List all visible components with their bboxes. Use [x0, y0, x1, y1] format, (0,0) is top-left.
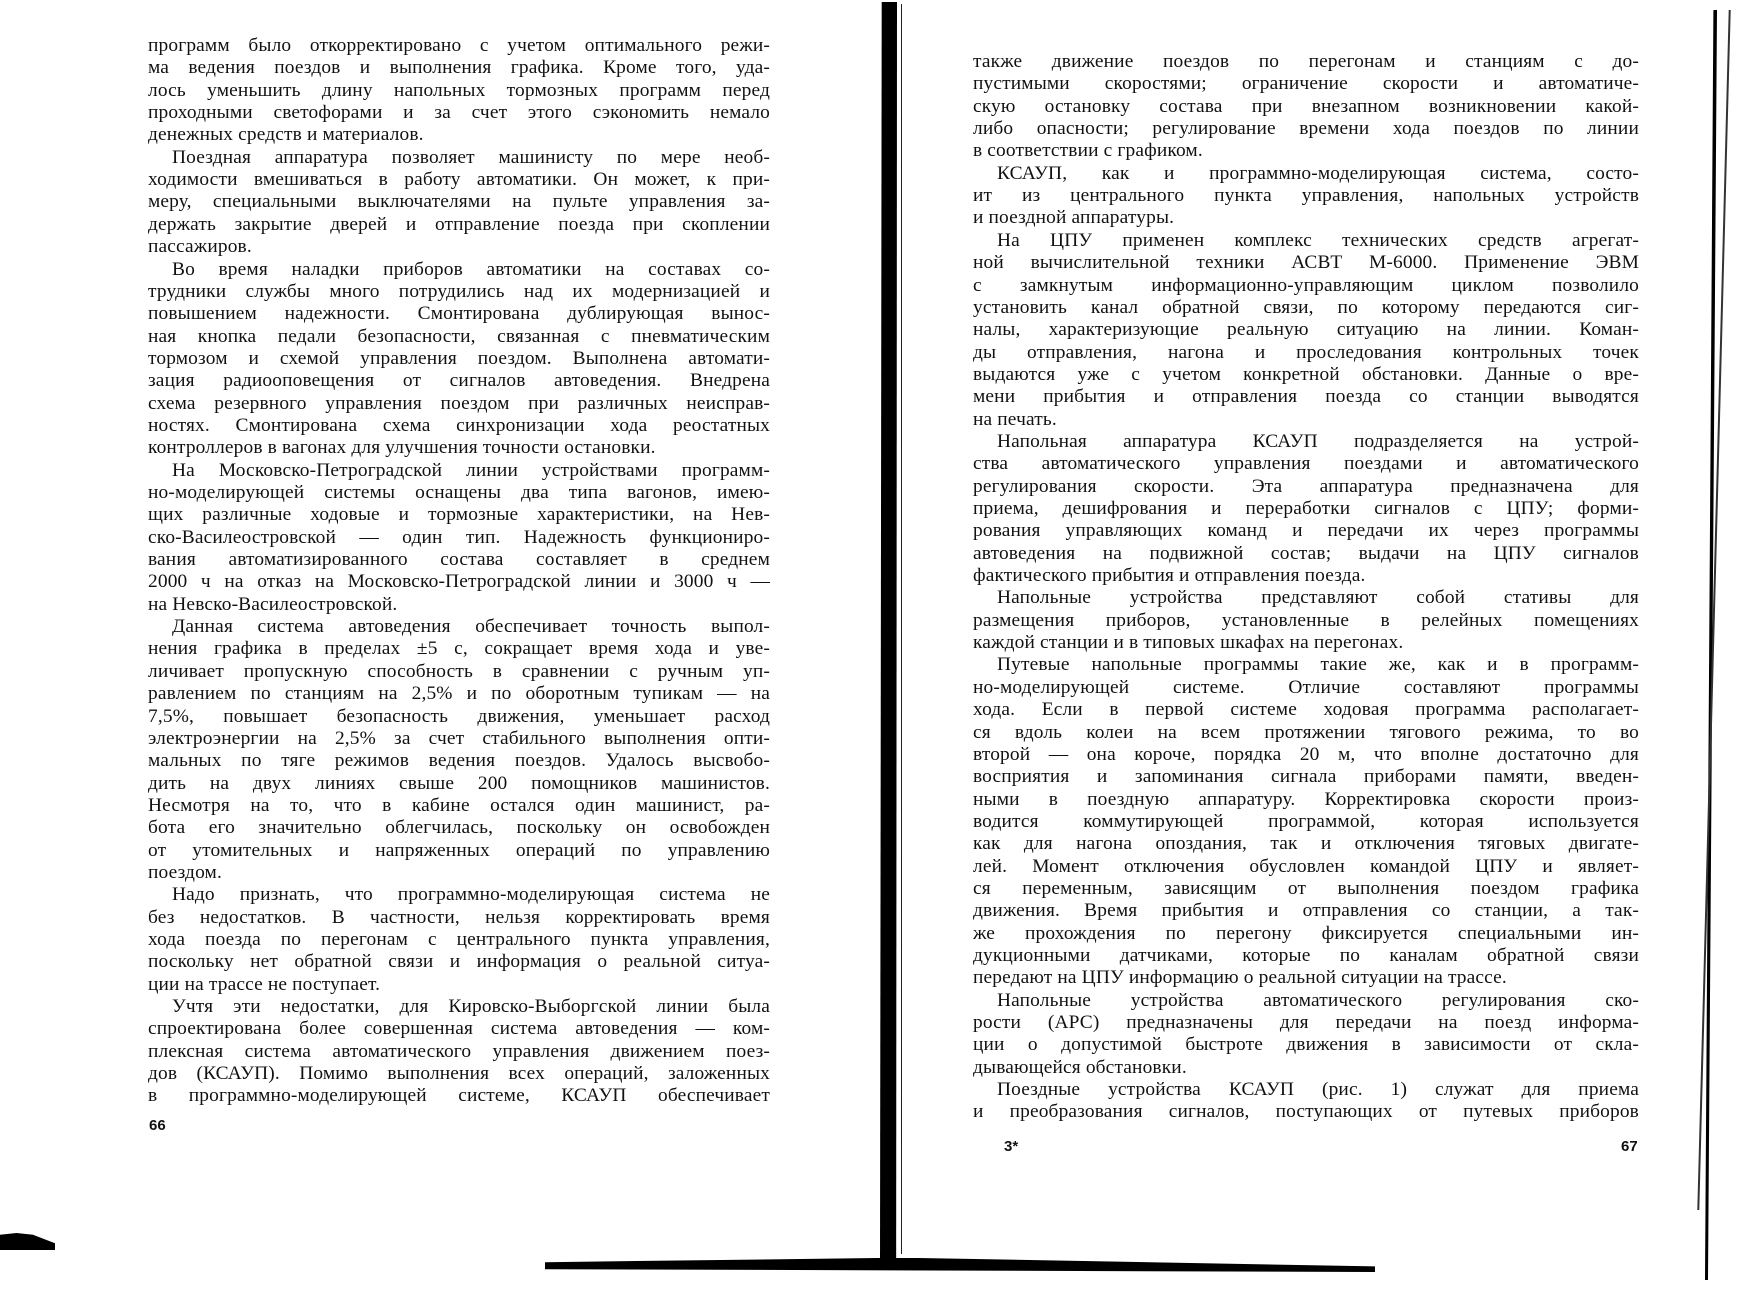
text-line: без недостатков. В частности, нельзя кор…	[148, 908, 770, 928]
book-gutter-shadow	[880, 2, 897, 1264]
text-line: второй — она короче, порядка 20 м, что в…	[973, 745, 1639, 765]
left-page-number: 66	[149, 1117, 166, 1134]
text-line: На ЦПУ применен комплекс технических сре…	[973, 231, 1639, 251]
text-line: рования управляющих команд и передачи их…	[973, 521, 1639, 541]
text-line: программ было откорректировано с учетом …	[148, 36, 770, 56]
text-line: ся переменным, зависящим от выполнения п…	[973, 879, 1639, 899]
text-line: ся вдоль колеи на всем протяжении тягово…	[973, 723, 1639, 743]
text-line: автоведения на подвижной состав; выдачи …	[973, 544, 1639, 564]
text-line: от утомительных и напряженных операций п…	[148, 841, 770, 861]
text-line: выдаются уже с учетом конкретной обстано…	[973, 365, 1639, 385]
text-line: Во время наладки приборов автоматики на …	[148, 260, 770, 280]
text-line: плексная система автоматического управле…	[148, 1042, 770, 1062]
text-line: проходными светофорами и за счет этого с…	[148, 103, 770, 123]
text-line: в соответствии с графиком.	[973, 141, 1639, 161]
text-line: Поездная аппаратура позволяет машинисту …	[148, 148, 770, 168]
text-line: пассажиров.	[148, 237, 770, 257]
text-line: Напольные устройства автоматического рег…	[973, 991, 1639, 1011]
text-line: щих различные ходовые и тормозные характ…	[148, 505, 770, 525]
signature-mark: 3*	[1004, 1138, 1018, 1155]
text-line: ции о допустимой быстроте движения в зав…	[973, 1035, 1639, 1055]
text-line: Путевые напольные программы такие же, ка…	[973, 655, 1639, 675]
text-line: поскольку нет обратной связи и информаци…	[148, 952, 770, 972]
text-line: в программно-моделирующей системе, КСАУП…	[148, 1086, 770, 1106]
text-line: передают на ЦПУ информацию о реальной си…	[973, 968, 1639, 988]
text-line: поездом.	[148, 863, 770, 883]
text-line: спроектирована более совершенная система…	[148, 1019, 770, 1039]
text-line: денежных средств и материалов.	[148, 125, 770, 145]
text-line: нения графика в пределах ±5 с, сокращает…	[148, 639, 770, 659]
text-line: мени прибытия и отправления поезда со ст…	[973, 387, 1639, 407]
text-line: же прохождения по перегону фиксируется с…	[973, 924, 1639, 944]
text-line: также движение поездов по перегонам и ст…	[973, 52, 1639, 72]
text-line: Напольная аппаратура КСАУП подразделяетс…	[973, 432, 1639, 452]
text-line: ностях. Смонтирована схема синхронизации…	[148, 416, 770, 436]
text-line: дить на двух линиях свыше 200 помощников…	[148, 774, 770, 794]
text-line: равлением по станциям на 2,5% и по оборо…	[148, 684, 770, 704]
text-line: Надо признать, что программно-моделирующ…	[148, 885, 770, 905]
text-line: трудники службы много потрудились над их…	[148, 282, 770, 302]
scan-right-edge	[1705, 10, 1717, 1280]
text-line: но-моделирующей системе. Отличие составл…	[973, 678, 1639, 698]
text-line: пустимыми скоростями; ограничение скорос…	[973, 74, 1639, 94]
text-line: рости (АРС) предназначены для передачи н…	[973, 1013, 1639, 1033]
text-line: дов (КСАУП). Помимо выполнения всех опер…	[148, 1064, 770, 1084]
text-line: бота его значительно облегчилась, поскол…	[148, 818, 770, 838]
text-line: хода поезда по перегонам с центрального …	[148, 930, 770, 950]
text-line: ходимости вмешиваться в работу автоматик…	[148, 170, 770, 190]
text-line: ной вычислительной техники АСВТ М-6000. …	[973, 253, 1639, 273]
book-gutter-line	[901, 4, 902, 1254]
text-line: тормозом и схемой управления поездом. Вы…	[148, 349, 770, 369]
text-line: ными в поездную аппаратуру. Корректировк…	[973, 790, 1639, 810]
text-line: повышением надежности. Смонтирована дубл…	[148, 304, 770, 324]
text-line: регулирования скорости. Эта аппаратура п…	[973, 477, 1639, 497]
right-page-number: 67	[1621, 1138, 1638, 1155]
text-line: дывающейся обстановки.	[973, 1058, 1639, 1078]
text-line: либо опасности; регулирование времени хо…	[973, 119, 1639, 139]
text-line: приема, дешифрования и переработки сигна…	[973, 499, 1639, 519]
text-line: 7,5%, повышает безопасность движения, ум…	[148, 707, 770, 727]
text-line: КСАУП, как и программно-моделирующая сис…	[973, 164, 1639, 184]
text-line: размещения приборов, установленные в рел…	[973, 611, 1639, 631]
text-line: На Московско-Петроградской линии устройс…	[148, 461, 770, 481]
text-line: ства автоматического управления поездами…	[973, 454, 1639, 474]
text-line: на печать.	[973, 410, 1639, 430]
text-line: фактического прибытия и отправления поез…	[973, 566, 1639, 586]
text-line: ит из центрального пункта управления, на…	[973, 186, 1639, 206]
text-line: Данная система автоведения обеспечивает …	[148, 617, 770, 637]
text-line: налы, характеризующие реальную ситуацию …	[973, 320, 1639, 340]
text-line: держать закрытие дверей и отправление по…	[148, 215, 770, 235]
text-line: хода. Если в первой системе ходовая прог…	[973, 700, 1639, 720]
text-line: ско-Василеостровской — один тип. Надежно…	[148, 528, 770, 548]
scan-bottom-edge	[545, 1258, 1375, 1272]
text-line: личивает пропускную способность в сравне…	[148, 662, 770, 682]
text-line: с замкнутым информационно-управляющим ци…	[973, 276, 1639, 296]
text-line: зация радиооповещения от сигналов автове…	[148, 371, 770, 391]
text-line: ма ведения поездов и выполнения графика.…	[148, 58, 770, 78]
text-line: Напольные устройства представляют собой …	[973, 588, 1639, 608]
text-line: электроэнергии на 2,5% за счет стабильно…	[148, 729, 770, 749]
text-line: схема резервного управления поездом при …	[148, 394, 770, 414]
text-line: Поездные устройства КСАУП (рис. 1) служа…	[973, 1080, 1639, 1100]
text-line: ная кнопка педали безопасности, связанна…	[148, 327, 770, 347]
text-line: движения. Время прибытия и отправления с…	[973, 901, 1639, 921]
text-line: лей. Момент отключения обусловлен команд…	[973, 857, 1639, 877]
scan-left-smudge	[0, 1233, 55, 1250]
text-line: на Невско-Василеостровской.	[148, 595, 770, 615]
text-line: меру, специальными выключателями на пуль…	[148, 192, 770, 212]
text-line: водится коммутирующей программой, котора…	[973, 812, 1639, 832]
text-line: Учтя эти недостатки, для Кировско-Выборг…	[148, 997, 770, 1017]
text-line: ции на трассе не поступает.	[148, 975, 770, 995]
text-line: дукционными датчиками, которые по канала…	[973, 946, 1639, 966]
text-line: ды отправления, нагона и проследования к…	[973, 343, 1639, 363]
text-line: каждой станции и в типовых шкафах на пер…	[973, 633, 1639, 653]
text-line: установить канал обратной связи, по кото…	[973, 298, 1639, 318]
text-line: но-моделирующей системы оснащены два тип…	[148, 483, 770, 503]
text-line: мальных по тяге режимов ведения поездов.…	[148, 751, 770, 771]
text-line: 2000 ч на отказ на Московско-Петроградск…	[148, 572, 770, 592]
text-line: контроллеров в вагонах для улучшения точ…	[148, 438, 770, 458]
text-line: Несмотря на то, что в кабине остался оди…	[148, 796, 770, 816]
text-line: и преобразования сигналов, поступающих о…	[973, 1102, 1639, 1122]
text-line: лось уменьшить длину напольных тормозных…	[148, 81, 770, 101]
text-line: и поездной аппаратуры.	[973, 208, 1639, 228]
text-line: как для нагона опоздания, так и отключен…	[973, 834, 1639, 854]
text-line: вания автоматизированного состава состав…	[148, 550, 770, 570]
text-line: скую остановку состава при внезапном воз…	[973, 97, 1639, 117]
text-line: восприятия и запоминания сигнала прибора…	[973, 767, 1639, 787]
